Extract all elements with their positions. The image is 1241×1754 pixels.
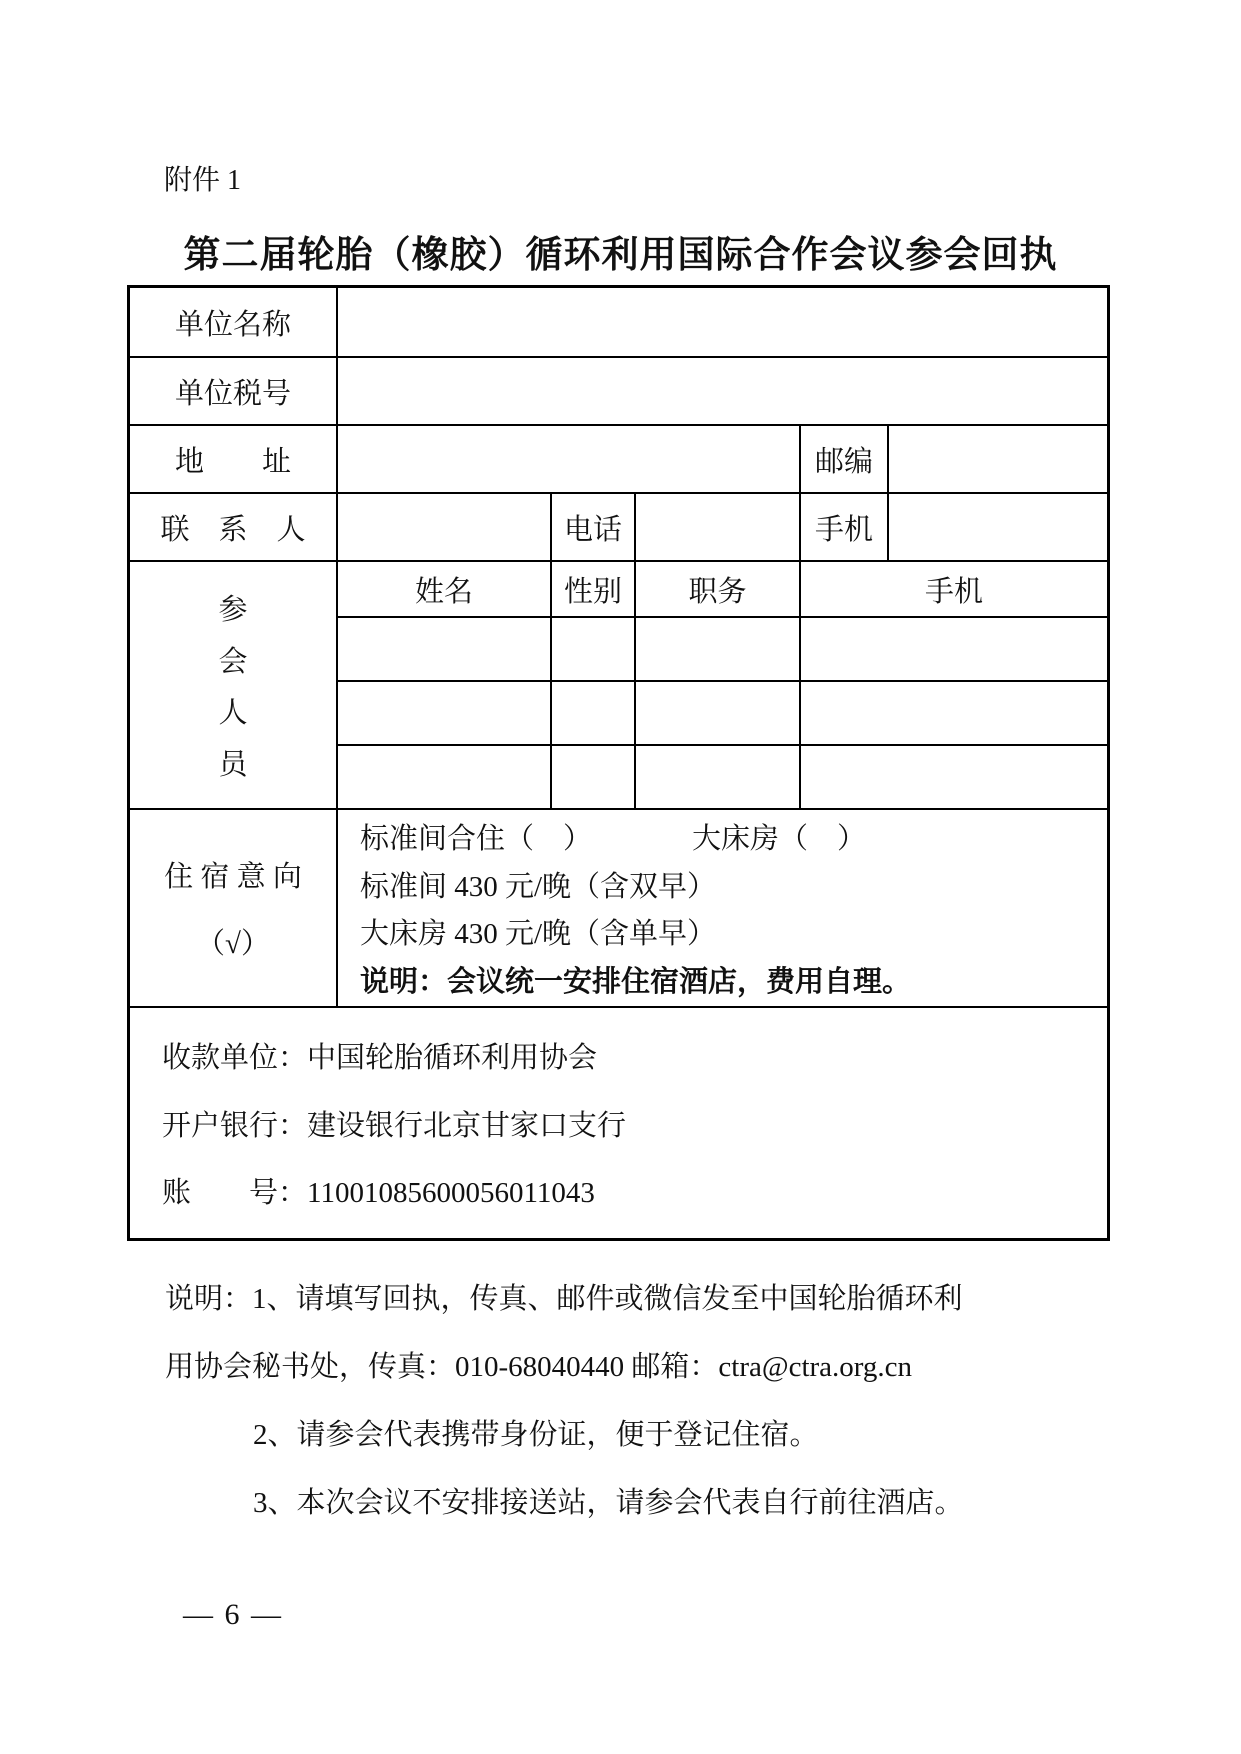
attendee-header-gender: 性别 xyxy=(550,560,634,616)
payee-label: 收款单位： xyxy=(162,1042,307,1074)
attendee-gender-cell[interactable] xyxy=(550,744,634,808)
price-standard: 标准间 430 元/晚（含双早） xyxy=(360,864,716,905)
mobile-label: 手机 xyxy=(799,492,887,560)
lodging-options: 标准间合住（ ） 大床房（ ） xyxy=(360,816,866,857)
attendee-gender-cell[interactable] xyxy=(550,616,634,680)
payment-info-cell: 收款单位：中国轮胎循环利用协会 开户银行：建设银行北京甘家口支行 账 号：110… xyxy=(130,1006,1107,1238)
attendee-header-duty: 职务 xyxy=(634,560,799,616)
postcode-input-cell[interactable] xyxy=(887,424,1107,492)
price-king: 大床房 430 元/晚（含单早） xyxy=(360,911,716,952)
attendee-group-char: 人 xyxy=(218,690,247,731)
attendee-name-cell[interactable] xyxy=(336,680,550,744)
attendee-duty-cell[interactable] xyxy=(634,744,799,808)
lodging-label: 住 宿 意 向 （√） xyxy=(130,808,336,1006)
postcode-label: 邮编 xyxy=(799,424,887,492)
attendee-group-char: 会 xyxy=(218,639,247,680)
phone-label: 电话 xyxy=(550,492,634,560)
mobile-input-cell[interactable] xyxy=(887,492,1107,560)
contact-input-cell[interactable] xyxy=(336,492,550,560)
lodging-checkmark-label: （√） xyxy=(196,921,270,962)
attendee-group-char: 参 xyxy=(218,587,247,628)
bank-value: 建设银行北京甘家口支行 xyxy=(307,1110,626,1142)
unit-tax-label: 单位税号 xyxy=(130,356,336,424)
bank-line: 开户银行：建设银行北京甘家口支行 xyxy=(162,1103,626,1144)
payee-line: 收款单位：中国轮胎循环利用协会 xyxy=(162,1035,597,1076)
attachment-label: 附件 1 xyxy=(164,158,241,198)
notes-section: 说明：1、请填写回执，传真、邮件或微信发至中国轮胎循环利 用协会秘书处，传真：0… xyxy=(165,1262,1065,1534)
attendee-mobile-cell[interactable] xyxy=(799,616,1107,680)
lodging-label-text: 住 宿 意 向 xyxy=(164,854,302,895)
option-standard-share[interactable]: 标准间合住（ ） xyxy=(360,816,592,857)
attendee-duty-cell[interactable] xyxy=(634,616,799,680)
registration-form-table: 单位名称 单位税号 地 址 邮编 联 系 人 电话 手机 参 会 人 员 姓名 … xyxy=(127,285,1110,1241)
phone-input-cell[interactable] xyxy=(634,492,799,560)
unit-name-label: 单位名称 xyxy=(130,288,336,356)
attendee-gender-cell[interactable] xyxy=(550,680,634,744)
note-line-3: 2、请参会代表携带身份证，便于登记住宿。 xyxy=(165,1398,1065,1466)
page-number: — 6 — xyxy=(183,1598,283,1632)
attendee-header-name: 姓名 xyxy=(336,560,550,616)
attendee-mobile-cell[interactable] xyxy=(799,680,1107,744)
option-king-room[interactable]: 大床房（ ） xyxy=(692,816,866,857)
account-line: 账 号：11001085600056011043 xyxy=(162,1170,595,1211)
attendee-header-mobile: 手机 xyxy=(799,560,1107,616)
address-label: 地 址 xyxy=(130,424,336,492)
attendee-group-char: 员 xyxy=(218,742,247,783)
bank-label: 开户银行： xyxy=(162,1110,307,1142)
account-value: 11001085600056011043 xyxy=(307,1177,595,1209)
note-line-1: 说明：1、请填写回执，传真、邮件或微信发至中国轮胎循环利 xyxy=(165,1262,1065,1330)
attendee-duty-cell[interactable] xyxy=(634,680,799,744)
note-line-4: 3、本次会议不安排接送站，请参会代表自行前往酒店。 xyxy=(165,1466,1065,1534)
unit-name-input-cell[interactable] xyxy=(336,288,1107,356)
payee-value: 中国轮胎循环利用协会 xyxy=(307,1042,597,1074)
attendees-group-label: 参 会 人 员 xyxy=(130,560,336,808)
attendee-mobile-cell[interactable] xyxy=(799,744,1107,808)
lodging-note: 说明：会议统一安排住宿酒店，费用自理。 xyxy=(360,959,911,1000)
attendee-name-cell[interactable] xyxy=(336,616,550,680)
page-title: 第二届轮胎（橡胶）循环利用国际合作会议参会回执 xyxy=(0,224,1241,278)
document-page: 附件 1 第二届轮胎（橡胶）循环利用国际合作会议参会回执 单位名称 单位税号 地… xyxy=(0,0,1241,1754)
unit-tax-input-cell[interactable] xyxy=(336,356,1107,424)
note-line-2: 用协会秘书处，传真：010-68040440 邮箱：ctra@ctra.org.… xyxy=(165,1330,1065,1398)
lodging-content-cell: 标准间合住（ ） 大床房（ ） 标准间 430 元/晚（含双早） 大床房 430… xyxy=(336,808,1107,1006)
address-input-cell[interactable] xyxy=(336,424,799,492)
contact-label: 联 系 人 xyxy=(130,492,336,560)
account-label: 账 号： xyxy=(162,1177,307,1209)
attendee-name-cell[interactable] xyxy=(336,744,550,808)
